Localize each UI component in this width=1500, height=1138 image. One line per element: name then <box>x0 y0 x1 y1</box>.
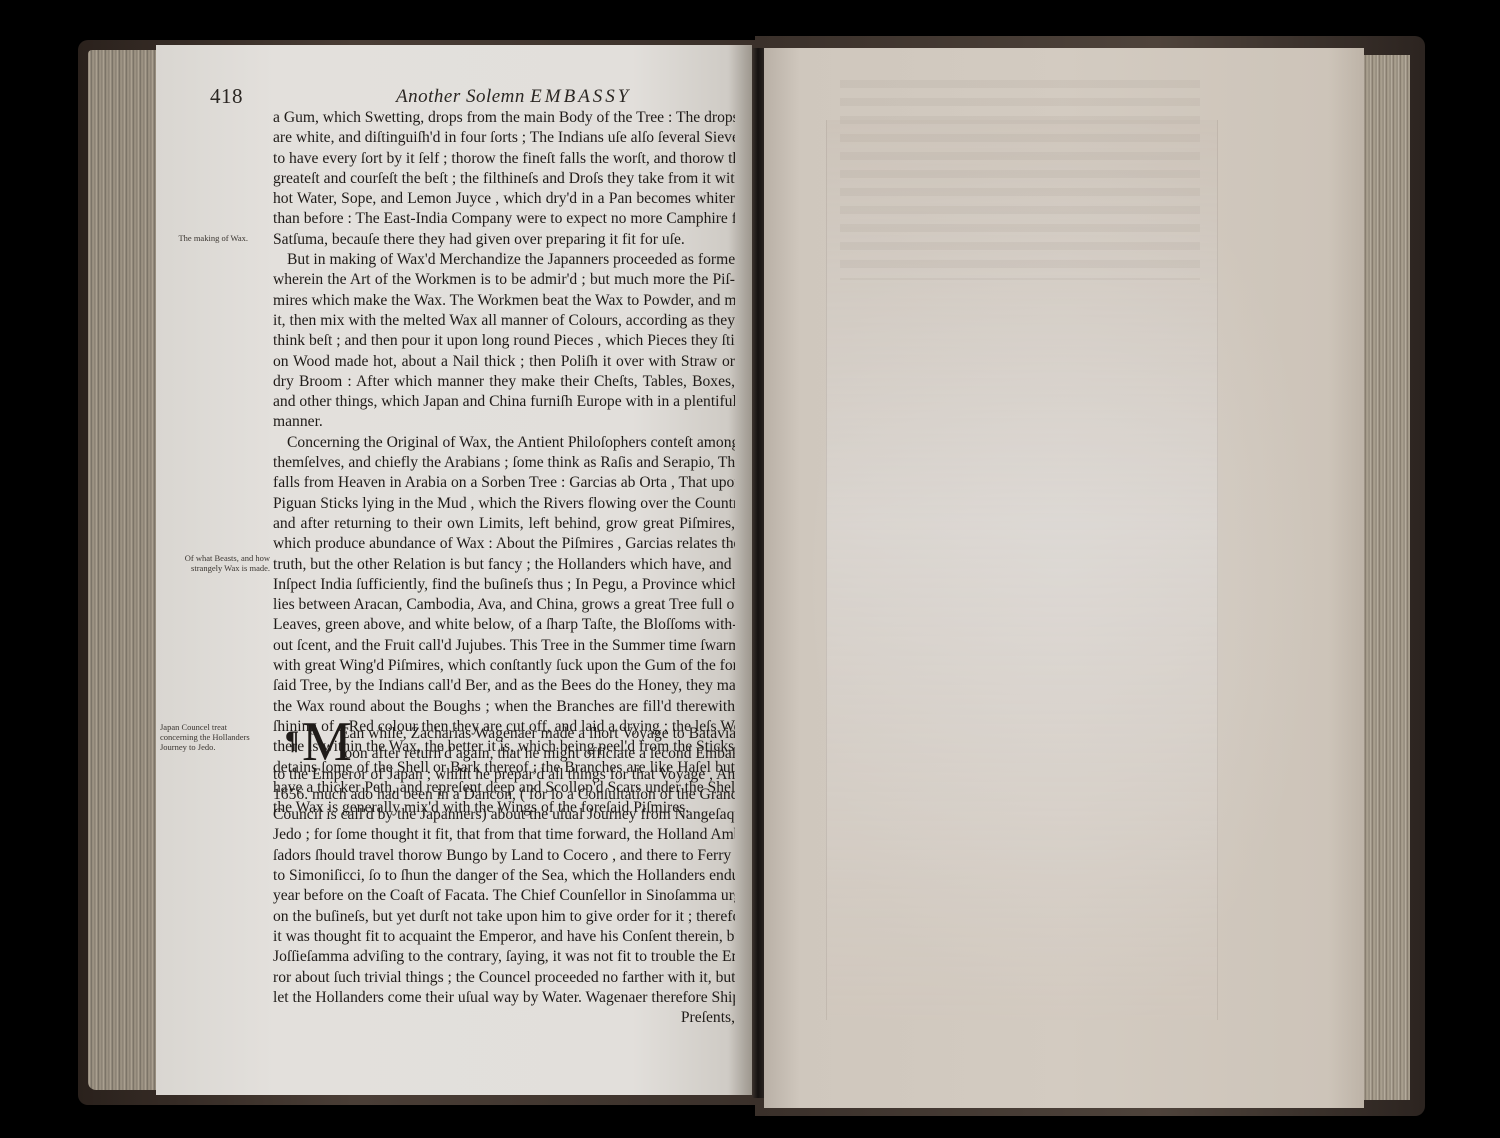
text-line: ſoon after return'd again, that he might… <box>273 744 735 764</box>
text-line: But in making of Wax'd Merchandize the J… <box>273 250 735 270</box>
text-line: ſadors ſhould travel thorow Bungo by Lan… <box>273 846 735 866</box>
body-text-section2: Ean while, Zacharias Wagenaer made a ſho… <box>273 724 735 1028</box>
text-line: Jedo ; for ſome thought it fit, that fro… <box>273 825 735 845</box>
text-line: lies between Aracan, Cambodia, Ava, and … <box>273 595 735 615</box>
text-line: Ean while, Zacharias Wagenaer made a ſho… <box>273 724 735 744</box>
text-line: Leaves, green above, and white below, of… <box>273 615 735 635</box>
bleed-through-text <box>840 80 1200 280</box>
text-line: themſelves, and chiefly the Arabians ; ſ… <box>273 453 735 473</box>
text-line: it, then mix with the melted Wax all man… <box>273 311 735 331</box>
text-line: to Simoniſicci, ſo to ſhun the danger of… <box>273 866 735 886</box>
text-line: hot Water, Sope, and Lemon Juyce , which… <box>273 189 735 209</box>
text-line: truth, but the other Relation is but fan… <box>273 555 735 575</box>
marginal-note: Of what Beasts, and how strangely Wax is… <box>156 553 270 573</box>
marginal-note: Japan Councel treat concerning the Holla… <box>160 722 262 752</box>
running-title-caps: EMBASSY <box>530 86 631 107</box>
text-line: mires which make the Wax. The Workmen be… <box>273 291 735 311</box>
marginal-note: The making of Wax. <box>160 233 248 243</box>
text-line: a Gum, which Swetting, drops from the ma… <box>273 108 735 128</box>
text-line: out ſcent, and the Fruit call'd Jujubes.… <box>273 636 735 656</box>
text-line: and after returning to their own Limits,… <box>273 514 735 534</box>
text-line: to have every ſort by it ſelf ; thorow t… <box>273 149 735 169</box>
text-line: ror about ſuch trivial things ; the Coun… <box>273 968 735 988</box>
running-title-prefix: Another Solemn <box>396 86 525 107</box>
text-line: wherein the Art of the Workmen is to be … <box>273 270 735 290</box>
text-line: it was thought fit to acquaint the Emper… <box>273 927 735 947</box>
text-line: which produce abundance of Wax : About t… <box>273 534 735 554</box>
text-line: Satſuma, becauſe there they had given ov… <box>273 230 735 250</box>
text-line: Joſſieſamma adviſing to the contrary, ſa… <box>273 947 735 967</box>
text-line: with great Wing'd Piſmires, which conſta… <box>273 656 735 676</box>
text-line: than before : The East-India Company wer… <box>273 209 735 229</box>
running-head: 418 Another Solemn EMBASSY <box>210 84 750 110</box>
text-line: Piguan Sticks lying in the Mud , which t… <box>273 494 735 514</box>
text-line: on the buſineſs, but yet durſt not take … <box>273 907 735 927</box>
text-line: on Wood made hot, about a Nail thick ; t… <box>273 352 735 372</box>
text-line: manner. <box>273 412 735 432</box>
text-line: year before on the Coaſt of Facata. The … <box>273 886 735 906</box>
gutter <box>752 48 764 1098</box>
text-line: Council is call'd by the Japanners) abou… <box>273 805 735 825</box>
text-line: 1656. much ado had been in a Dancon, ( f… <box>273 785 735 805</box>
text-line: to the Emperor of Japan ; whilſt he prep… <box>273 765 735 785</box>
text-line: ſaid Tree, by the Indians call'd Ber, an… <box>273 676 735 696</box>
text-line: greateſt and courſeſt the beſt ; the fil… <box>273 169 735 189</box>
right-page-edges <box>1362 55 1410 1100</box>
text-line: Concerning the Original of Wax, the Anti… <box>273 433 735 453</box>
open-book: 418 Another Solemn EMBASSY The making of… <box>0 0 1500 1138</box>
text-line: Inſpect India ſufficiently, find the buſ… <box>273 575 735 595</box>
text-line: let the Hollanders come their uſual way … <box>273 988 735 1008</box>
text-line: falls from Heaven in Arabia on a Sorben … <box>273 473 735 493</box>
catchword: Preſents, <box>273 1008 735 1028</box>
text-line: dry Broom : After which manner they make… <box>273 372 735 392</box>
text-line: think beſt ; and then pour it upon long … <box>273 331 735 351</box>
text-line: and other things, which Japan and China … <box>273 392 735 412</box>
text-line: are white, and diſtinguiſh'd in four ſor… <box>273 128 735 148</box>
running-title: Another Solemn EMBASSY <box>396 86 631 108</box>
page-number: 418 <box>210 84 243 109</box>
left-page-edges <box>88 50 158 1090</box>
